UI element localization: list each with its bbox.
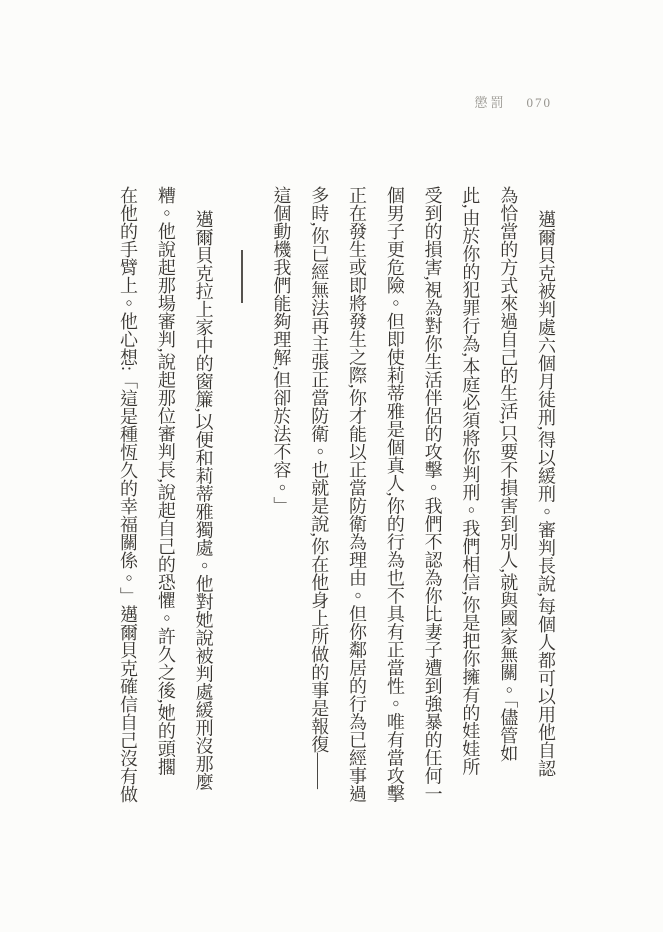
paragraph-2-column-1: 邁爾貝克拉上家中的窗簾,以便和莉蒂雅獨處。他對她說被判處緩刑沒那麼 [184,186,222,836]
paragraph-1-column-2: 為恰當的方式來過自己的生活,只要不損害到別人,就與國家無關。「儘管如 [488,186,526,836]
page-number: 070 [527,95,553,111]
paragraph-1-column-4: 受到的損害,視為對你生活伴侶的攻擊。我們不認為你比妻子遭到強暴的任何一 [413,186,451,836]
paragraph-1-column-8: 這個動機我們能夠理解,但卻於法不容。」 [262,186,300,836]
paragraph-1-column-6: 正在發生或即將發生之際,你才能以正當防衛為理由。但你鄰居的行為已經事過 [337,186,375,836]
paragraph-1-column-7: 多時,你已經無法再主張正當防衛。也就是說,你在他身上所做的事是報復—— [299,186,337,836]
paragraph-1-column-1: 邁爾貝克被判處六個月徒刑,得以緩刑。審判長說,每個人都可以用他自認 [526,186,564,836]
paragraph-2-column-3: 在他的手臂上。他心想:「這是種恆久的幸福關係。」邁爾貝克確信自己沒有做 [108,186,146,836]
paragraph-2-column-2: 糟。他說起那場審判,說起那位審判長,說起自己的恐懼。許久之後,她的頭擱 [146,186,184,836]
book-text: 邁爾貝克被判處六個月徒刑,得以緩刑。審判長說,每個人都可以用他自認 為恰當的方式… [108,186,564,836]
book-page: 懲罰 070 邁爾貝克被判處六個月徒刑,得以緩刑。審判長說,每個人都可以用他自認… [0,0,663,932]
paragraph-1-column-5: 個男子更危險。但即使莉蒂雅是個真人,你的行為也不具有正當性。唯有當攻擊 [375,186,413,836]
chapter-title: 懲罰 [474,92,506,111]
scene-break-divider [231,186,253,836]
running-head: 懲罰 070 [474,92,552,111]
divider-rule [241,250,243,303]
paragraph-1-column-3: 此,由於你的犯罪行為,本庭必須將你判刑。我們相信,你是把你擁有的娃娃所 [451,186,489,836]
